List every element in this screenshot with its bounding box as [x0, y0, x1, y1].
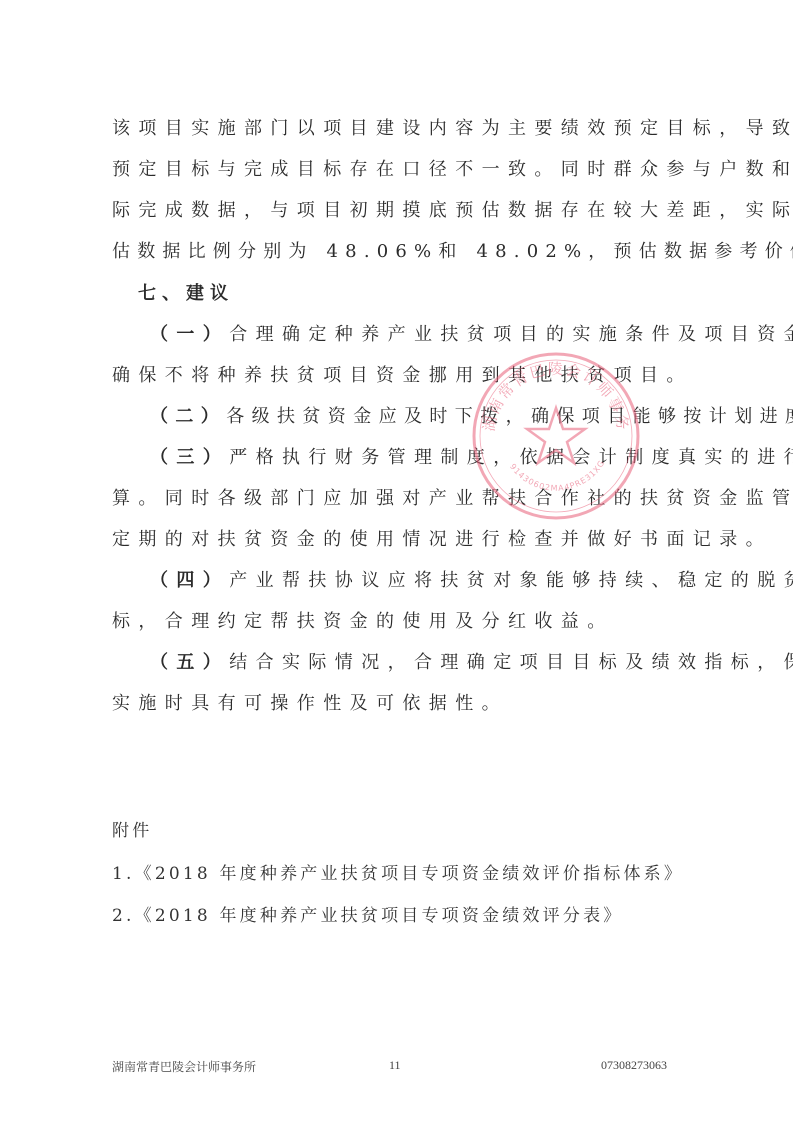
body-text-line: 定期的对扶贫资金的使用情况进行检查并做好书面记录。: [112, 528, 772, 552]
attachment-item-2: 2.《2018 年度种养产业扶贫项目专项资金绩效评分表》: [112, 904, 624, 928]
recommendation-text: 严格执行财务管理制度，依据会计制度真实的进行会计核: [229, 447, 793, 468]
body-text-line: 算。同时各级部门应加强对产业帮扶合作社的扶贫资金监管，定期不: [112, 487, 793, 511]
recommendation-label: （四）: [150, 570, 229, 591]
recommendation-3: （三）严格执行财务管理制度，依据会计制度真实的进行会计核: [150, 446, 793, 470]
footer-phone: 07308273063: [601, 1058, 667, 1073]
recommendation-label: （三）: [150, 447, 229, 468]
body-text-line: 该项目实施部门以项目建设内容为主要绩效预定目标，导致绩效考核: [112, 117, 793, 141]
body-text-line: 标，合理约定帮扶资金的使用及分红收益。: [112, 610, 614, 634]
recommendation-text: 合理确定种养产业扶贫项目的实施条件及项目资金预算，: [229, 324, 793, 345]
section-heading: 七、建议: [138, 282, 234, 306]
footer-firm-name: 湖南常青巴陵会计师事务所: [112, 1058, 256, 1075]
recommendation-text: 各级扶贫资金应及时下拨，确保项目能够按计划进度开展。: [226, 406, 793, 427]
body-text-line: 际完成数据，与项目初期摸底预估数据存在较大差距，实际完成占预: [112, 199, 793, 223]
body-text-line: 实施时具有可操作性及可依据性。: [112, 692, 508, 716]
body-text-line: 确保不将种养扶贫项目资金挪用到其他扶贫项目。: [112, 364, 693, 388]
recommendation-2: （二）各级扶贫资金应及时下拨，确保项目能够按计划进度开展。: [150, 405, 793, 429]
document-page: 该项目实施部门以项目建设内容为主要绩效预定目标，导致绩效考核 预定目标与完成目标…: [0, 0, 793, 1121]
recommendation-text: 产业帮扶协议应将扶贫对象能够持续、稳定的脱贫作为目: [229, 570, 793, 591]
attachment-item-1: 1.《2018 年度种养产业扶贫项目专项资金绩效评价指标体系》: [112, 862, 684, 886]
recommendation-text: 结合实际情况，合理确定项目目标及绩效指标，保证项目: [229, 652, 793, 673]
recommendation-label: （二）: [150, 406, 226, 427]
body-text-line: 预定目标与完成目标存在口径不一致。同时群众参与户数和人数的实: [112, 158, 793, 182]
recommendation-1: （一）合理确定种养产业扶贫项目的实施条件及项目资金预算，: [150, 323, 793, 347]
recommendation-label: （一）: [150, 324, 229, 345]
recommendation-4: （四）产业帮扶协议应将扶贫对象能够持续、稳定的脱贫作为目: [150, 569, 793, 593]
body-text-line: 估数据比例分别为 48.06%和 48.02%，预估数据参考价值较低。: [112, 240, 793, 264]
recommendation-5: （五）结合实际情况，合理确定项目目标及绩效指标，保证项目: [150, 651, 793, 675]
footer-page-number: 11: [389, 1058, 401, 1073]
attachments-title: 附件: [112, 819, 152, 843]
recommendation-label: （五）: [150, 652, 229, 673]
